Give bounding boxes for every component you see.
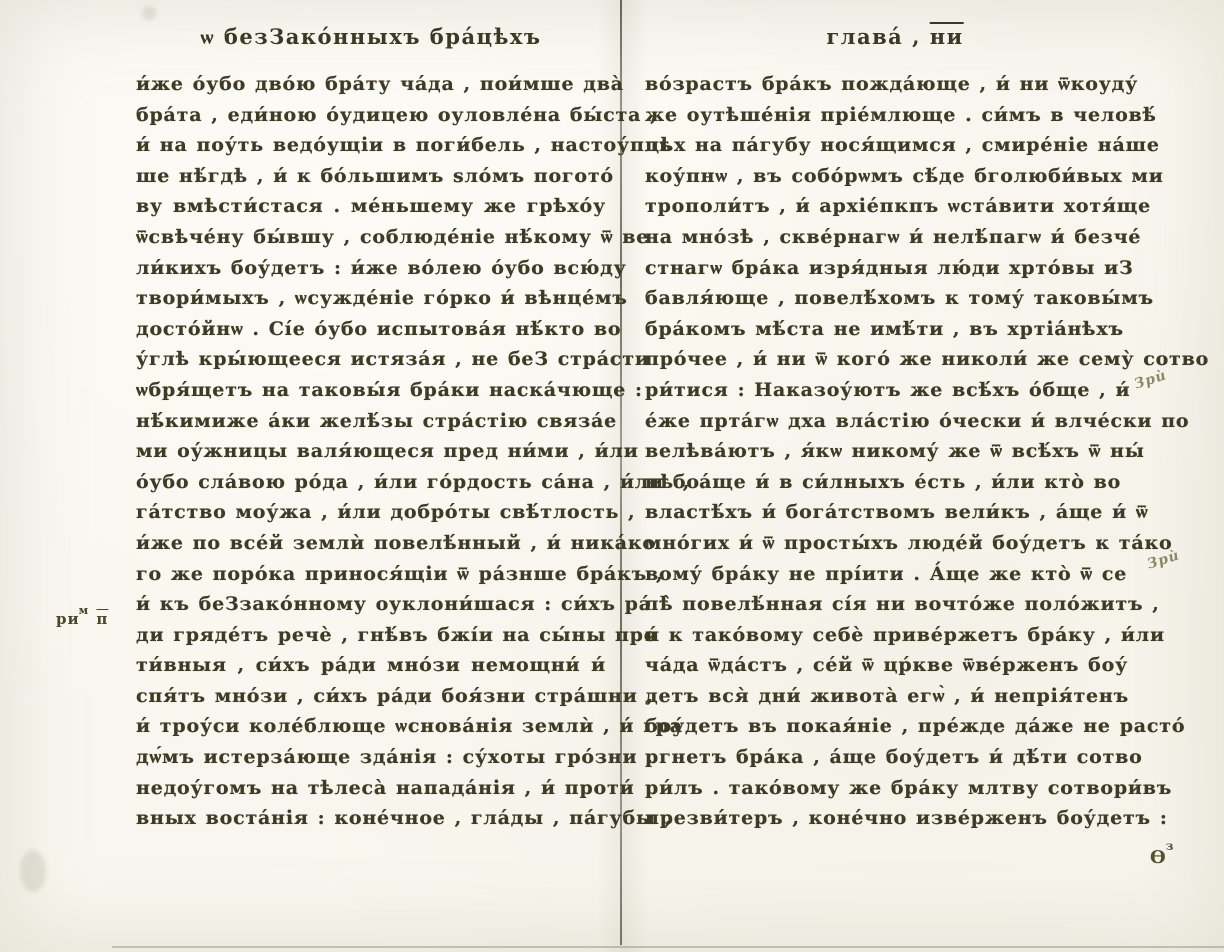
right-page-header: глава́ , ни [660,24,1130,49]
ink-smudge [20,850,46,892]
text-line: у́глѣ кры́ющееся истяза́я , не беЗ стра́… [136,344,606,375]
text-line: во́зрастъ бра́къ пожда́юще , и́ ни ѿкоуд… [645,69,1107,100]
margin-note-zri-1: Зрѝ [1132,367,1168,392]
quire-signature-letter: Ѳ [1150,847,1166,868]
text-line: мно́гих и́ ѿ просты́хъ люде́й боу́детъ к… [645,528,1107,559]
text-line: недоу́гомъ на тѣлеса̀ напада́нія , и́ пр… [136,773,606,804]
text-line: вных воста́нія : коне́чное , гла́ды , па… [136,803,606,834]
text-line: ми оу́жницы валя́ющеся пред ни́ми , и́ли [136,436,606,467]
margin-note-reference: рим п [56,608,108,628]
margin-note-base: ри [56,610,80,628]
text-line: ти́вныя , си́хъ ра́ди мно́зи немощни́ и́ [136,650,606,681]
text-line: го же поро́ка принося́щіи ѿ ра́знше бра́… [136,559,606,590]
text-line: и́же по все́й землѝ повелѣ́нный , и́ ник… [136,528,606,559]
text-line: и́же о́убо дво́ю бра́ту ча́да , пои́мше … [136,69,606,100]
text-line: же оутѣше́нія пріе́млюще . си́мъ в челов… [645,100,1107,131]
text-line: дѡ́мъ истерза́юще зда́нія : су́хоты гро́… [136,742,606,773]
text-line: бавля́юще , повелѣ́хомъ к тому́ таковы́м… [645,283,1107,314]
text-line: трополи́тъ , и́ архіе́пкпъ ѡста́вити хот… [645,191,1107,222]
text-line: и́ на поу́ть ведо́ущіи в поги́бель , нас… [136,130,606,161]
text-line: и́ к тако́вому себѐ приве́ржетъ бра́ку ,… [645,620,1107,651]
text-line: и́ троу́си коле́блюще ѡснова́нія землѝ ,… [136,711,606,742]
book-scan: ѡ безЗако́нныхъ бра́цѣхъ и́же о́убо дво́… [0,0,1224,952]
text-line: про́чее , и́ ни ѿ кого́ же николи́ же се… [645,344,1107,375]
text-line: досто́йнѡ . Сі́е о́убо испытова́я нѣ́кто… [136,314,606,345]
left-page-text: и́же о́убо дво́ю бра́ту ча́да , пои́мше … [136,69,606,834]
text-line: ше нѣ́гдѣ , и́ к бо́льшимъ ѕло́мъ погото… [136,161,606,192]
text-line: га́тство моу́жа , и́ли добро́ты свѣ́тлос… [136,497,606,528]
text-line: бра́та , еди́ною о́удицею оуловле́на бы́… [136,100,606,131]
text-line: велѣва́ютъ , я́кѡ никому́ же ѿ всѣ́хъ ѿ … [645,436,1107,467]
text-line: цѣх на па́губу нося́щимся , смире́ніе на… [645,130,1107,161]
margin-note-superscript: м [79,604,90,617]
text-line: нѣ , а́ще и́ в си́лныхъ е́сть , и́ли кто… [645,467,1107,498]
quire-signature: Ѳз [1150,845,1173,868]
text-line: на мно́зѣ , скве́рнагѡ и́ нелѣ́пагѡ и́ б… [645,222,1107,253]
text-line: боу́детъ въ покая́ніе , пре́жде да́же не… [645,711,1107,742]
text-line: е́же прта́гѡ дха вла́стію о́чески и́ влч… [645,406,1107,437]
page-bottom-edge [112,946,1224,948]
text-line: ди гряде́тъ речѐ , гнѣ́въ бжі́и на сы́ны… [136,620,606,651]
text-line: о́убо сла́вою ро́да , и́ли го́рдость са́… [136,467,606,498]
ink-speck [142,6,156,20]
text-line: стнагѡ бра́ка изря́дныя лю́ди хрто́вы иЗ [645,253,1107,284]
text-line: презви́теръ , коне́чно изве́рженъ боу́де… [645,803,1107,834]
text-line: ли́кихъ боу́детъ : и́же во́лею о́убо всю… [136,253,606,284]
text-line: властѣ́хъ и́ бога́тствомъ вели́къ , а́ще… [645,497,1107,528]
text-line: ри́лъ . тако́вому же бра́ку млтву сотвор… [645,773,1107,804]
text-line: ѡбря́щетъ на таковы́я бра́ки наска́чюще … [136,375,606,406]
left-page-header: ѡ безЗако́нныхъ бра́цѣхъ [136,24,606,50]
text-line: спя́тъ мно́зи , си́хъ ра́ди боя́зни стра… [136,681,606,712]
text-line: и́ къ беЗзако́нному оуклони́шася : си́хъ… [136,589,606,620]
text-line: нѣ́кимиже а́ки желѣ́зы стра́стію связа́е [136,406,606,437]
text-line: ри́тися : Наказоу́ютъ же всѣ́хъ о́бще , … [645,375,1107,406]
right-page-text: во́зрастъ бра́къ пожда́юще , и́ ни ѿкоуд… [645,69,1107,834]
text-line: твори́мыхъ , ѡсужде́ніе го́рко и́ вѣнце́… [136,283,606,314]
text-line: ча́да ѿда́стъ , се́й ѿ цр́кве ѿве́рженъ … [645,650,1107,681]
text-line: коу́пнѡ , въ собо́рѡмъ сѣ́де бголюби́вых… [645,161,1107,192]
text-line: ргнетъ бра́ка , а́ще боу́детъ и́ дѣ́ти с… [645,742,1107,773]
quire-signature-superscript: з [1166,839,1174,853]
text-line: лѣ̀ повелѣ́нная сі́я ни вочто́же поло́жи… [645,589,1107,620]
text-line: ву вмѣсти́стася . ме́ньшему же грѣхо́у [136,191,606,222]
text-line: детъ вся̀ дни́ живота̀ егѡ̀ , и́ непрія́… [645,681,1107,712]
chapter-label: глава́ , [826,24,921,49]
text-line: ѿсвѣче́ну бы́вшу , соблюде́ніе нѣ́кому ѿ… [136,222,606,253]
chapter-number: ни [930,24,964,49]
text-line: бра́комъ мѣ́ста не имѣ́ти , въ хртіа́нѣх… [645,314,1107,345]
text-line: вому́ бра́ку не прі́ити . А́ще же кто̀ ѿ… [645,559,1107,590]
margin-note-number: п [96,610,108,628]
